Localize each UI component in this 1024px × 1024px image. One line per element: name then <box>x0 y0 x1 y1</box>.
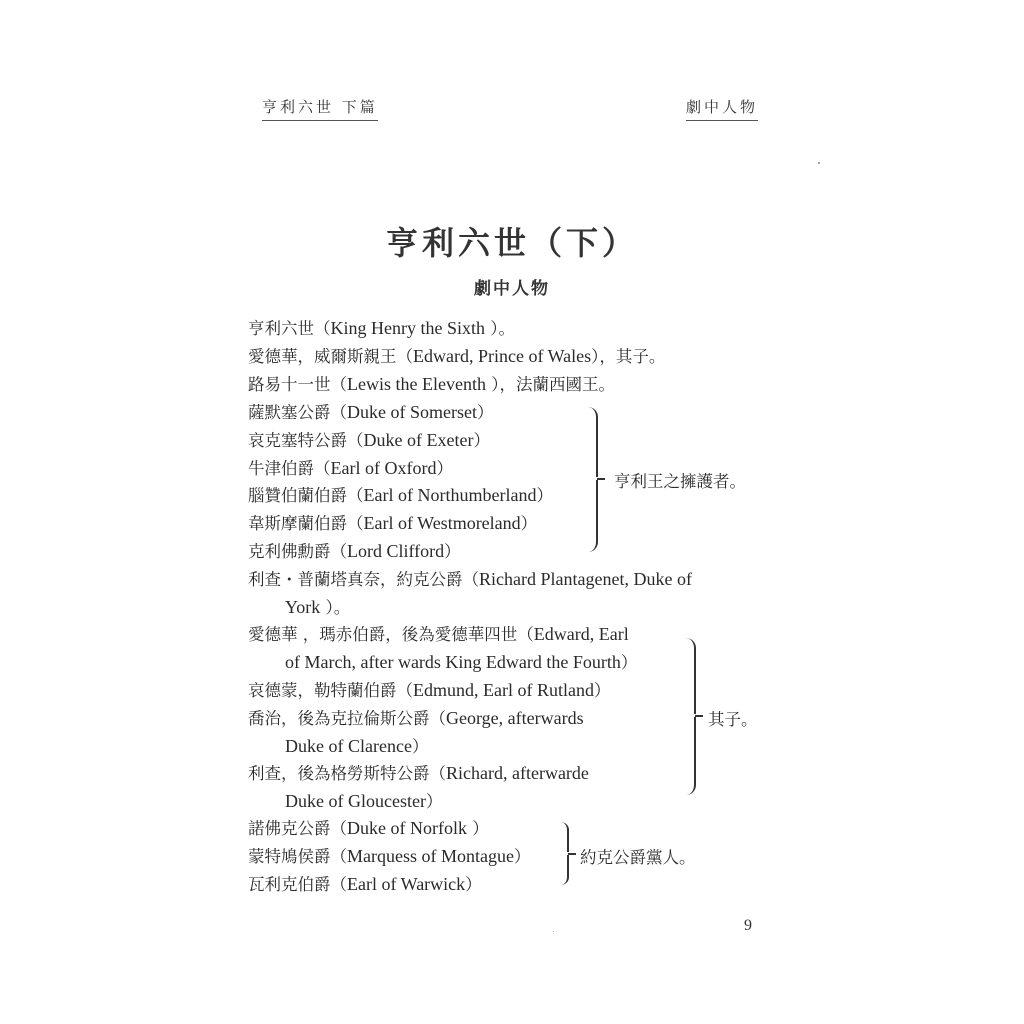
character-line: 愛德華 ，瑪赤伯爵，後為愛德華四世（Edward, Earl <box>248 624 629 645</box>
brace-bottom <box>588 480 598 552</box>
brace-tip <box>695 715 703 717</box>
brace-top <box>686 638 696 714</box>
character-line: 利查・普蘭塔真奈，約克公爵（Richard Plantagenet, Duke … <box>248 569 692 590</box>
character-line: 亨利六世（King Henry the Sixth ）。 <box>248 318 515 339</box>
character-line: 利查，後為格勞斯特公爵（Richard, afterwarde <box>248 763 589 784</box>
character-line: 牛津伯爵（Earl of Oxford） <box>248 458 453 479</box>
running-head-right: 劇中人物 <box>686 96 758 121</box>
group-label-york-faction: 約克公爵黨人。 <box>580 844 696 868</box>
page-title: 亨利六世（下） <box>0 218 1024 264</box>
brace-tip <box>568 853 576 855</box>
character-line: 路易十一世（Lewis the Eleventh ），法蘭西國王。 <box>248 374 615 395</box>
scan-speck <box>553 931 554 932</box>
character-line: 哀德蒙，勒特蘭伯爵（Edmund, Earl of Rutland） <box>248 680 610 701</box>
character-line: 喬治，後為克拉倫斯公爵（George, afterwards <box>248 708 584 729</box>
group-label-sons: 其子。 <box>708 706 758 730</box>
brace-bottom <box>560 855 569 885</box>
character-line: 薩默塞公爵（Duke of Somerset） <box>248 402 493 423</box>
running-head-left: 亨利六世 下篇 <box>262 96 378 121</box>
character-line-continued: York ）。 <box>285 597 350 618</box>
scan-speck <box>818 162 820 164</box>
character-line: 瓦利克伯爵（Earl of Warwick） <box>248 874 482 895</box>
character-line: 克利佛勳爵（Lord Clifford） <box>248 541 461 562</box>
group-label-henry-supporters: 亨利王之擁護者。 <box>614 468 746 492</box>
character-line: 哀克塞特公爵（Duke of Exeter） <box>248 430 490 451</box>
character-line: 蒙特鳩侯爵（Marquess of Montague） <box>248 846 530 867</box>
character-line-continued: Duke of Gloucester） <box>285 791 442 812</box>
brace-top <box>588 407 598 477</box>
character-line: 愛德華，威爾斯親王（Edward, Prince of Wales），其子。 <box>248 346 665 367</box>
character-line: 韋斯摩蘭伯爵（Earl of Westmoreland） <box>248 513 537 534</box>
character-line: 腦贊伯蘭伯爵（Earl of Northumberland） <box>248 485 553 506</box>
brace-bottom <box>686 717 696 795</box>
page-subtitle: 劇中人物 <box>0 274 1024 299</box>
character-line: 諾佛克公爵（Duke of Norfolk ） <box>248 818 489 839</box>
character-line-continued: of March, after wards King Edward the Fo… <box>285 652 637 673</box>
page-number: 9 <box>744 917 752 935</box>
brace-top <box>560 822 569 852</box>
brace-tip <box>597 478 605 480</box>
character-line-continued: Duke of Clarence） <box>285 736 428 757</box>
